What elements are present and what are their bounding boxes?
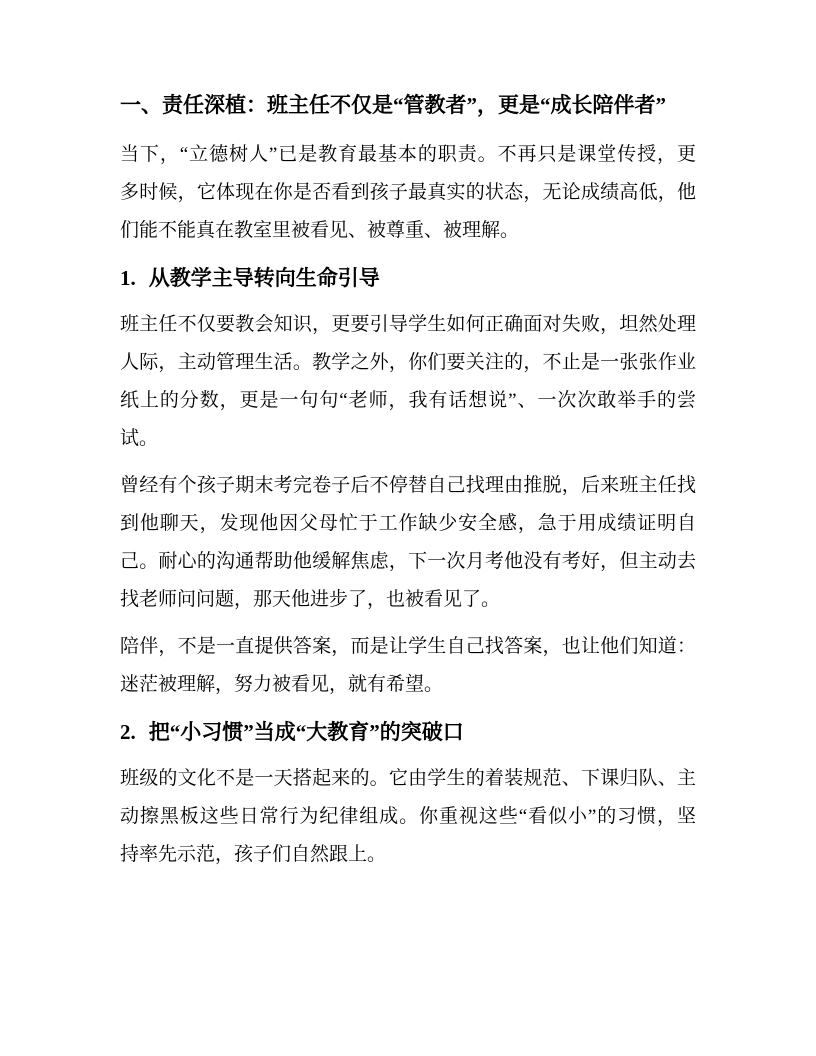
text-line: 多时候，它体现在你是否看到孩子最真实的状态，无论成绩高低，他 bbox=[120, 174, 696, 212]
text-line: 迷茫被理解，努力被看见，就有希望。 bbox=[120, 666, 696, 704]
text-line: 到他聊天，发现他因父母忙于工作缺少安全感，急于用成绩证明自 bbox=[120, 505, 696, 543]
section-1-paragraph-2: 曾经有个孩子期末考完卷子后不停替自己找理由推脱，后来班主任找 到他聊天，发现他因… bbox=[120, 467, 696, 619]
text-line: 们能不能真在教室里被看见、被尊重、被理解。 bbox=[120, 212, 696, 250]
section-2-paragraph-1: 班级的文化不是一天搭起来的。它由学生的着装规范、下课归队、主 动擦黑板这些日常行… bbox=[120, 760, 696, 874]
section-1-paragraph-1: 班主任不仅要教会知识，更要引导学生如何正确面对失败，坦然处理 人际，主动管理生活… bbox=[120, 306, 696, 458]
text-line: 曾经有个孩子期末考完卷子后不停替自己找理由推脱，后来班主任找 bbox=[120, 467, 696, 505]
section-1-number: 1. bbox=[120, 263, 136, 293]
document-page: 一、责任深植：班主任不仅是“管教者”，更是“成长陪伴者” 当下，“立德树人”已是… bbox=[0, 0, 816, 1056]
text-line: 当下，“立德树人”已是教育最基本的职责。不再只是课堂传授，更 bbox=[120, 136, 696, 174]
section-1-paragraph-3: 陪伴，不是一直提供答案，而是让学生自己找答案，也让他们知道： 迷茫被理解，努力被… bbox=[120, 628, 696, 704]
text-line: 持率先示范，孩子们自然跟上。 bbox=[120, 836, 696, 874]
section-2-title: 把“小习惯”当成“大教育”的突破口 bbox=[149, 720, 464, 744]
section-1-heading: 1.从教学主导转向生命引导 bbox=[120, 263, 696, 293]
section-1-title: 从教学主导转向生命引导 bbox=[149, 266, 380, 290]
section-2-heading: 2.把“小习惯”当成“大教育”的突破口 bbox=[120, 717, 696, 747]
text-line: 己。耐心的沟通帮助他缓解焦虑，下一次月考他没有考好，但主动去 bbox=[120, 543, 696, 581]
text-line: 找老师问问题，那天他进步了，也被看见了。 bbox=[120, 581, 696, 619]
text-line: 人际，主动管理生活。教学之外，你们要关注的，不止是一张张作业 bbox=[120, 344, 696, 382]
text-line: 班级的文化不是一天搭起来的。它由学生的着装规范、下课归队、主 bbox=[120, 760, 696, 798]
section-2-number: 2. bbox=[120, 717, 136, 747]
text-line: 陪伴，不是一直提供答案，而是让学生自己找答案，也让他们知道： bbox=[120, 628, 696, 666]
text-line: 试。 bbox=[120, 420, 696, 458]
main-heading: 一、责任深植：班主任不仅是“管教者”，更是“成长陪伴者” bbox=[120, 90, 696, 120]
intro-paragraph: 当下，“立德树人”已是教育最基本的职责。不再只是课堂传授，更 多时候，它体现在你… bbox=[120, 136, 696, 250]
text-line: 动擦黑板这些日常行为纪律组成。你重视这些“看似小”的习惯，坚 bbox=[120, 798, 696, 836]
text-line: 班主任不仅要教会知识，更要引导学生如何正确面对失败，坦然处理 bbox=[120, 306, 696, 344]
text-line: 纸上的分数，更是一句句“老师，我有话想说”、一次次敢举手的尝 bbox=[120, 382, 696, 420]
document-content: 一、责任深植：班主任不仅是“管教者”，更是“成长陪伴者” 当下，“立德树人”已是… bbox=[120, 0, 696, 883]
